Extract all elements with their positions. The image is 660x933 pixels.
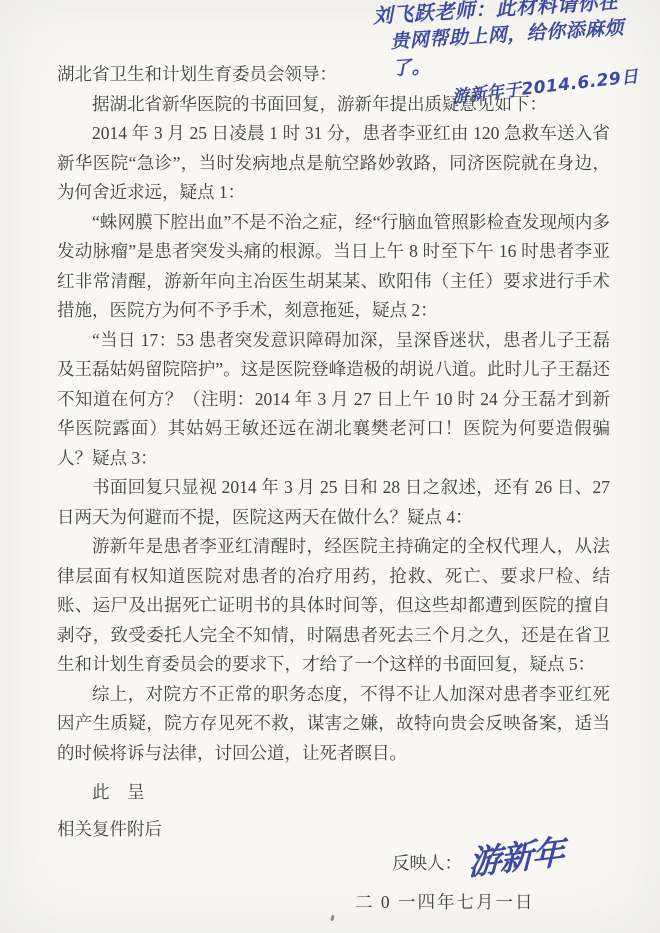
signature-label: 反映人： bbox=[392, 849, 462, 879]
body-paragraph: 综上，对院方不正常的职务态度，不得不让人加深对患者李亚红死因产生质疑，院方存见死… bbox=[57, 680, 610, 769]
body-paragraph: “蛛网膜下腔出血”不是不治之症，经“行脑血管照影检查发现颅内多发动脉瘤”是患者突… bbox=[57, 208, 610, 326]
letter-date: 二 0 一四年七月一日 bbox=[355, 888, 610, 918]
salutation: 湖北省卫生和计划生育委员会领导： bbox=[57, 60, 610, 90]
scanned-letter-page: 刘飞跃老师：此材料请你在 贵网帮助上网，给你添麻烦了。 游新年于2014.6.2… bbox=[0, 0, 660, 933]
body-paragraph: 2014 年 3 月 25 日凌晨 1 时 31 分，患者李亚红由 120 急救… bbox=[57, 119, 610, 208]
signature-row: 反映人： 游新年 bbox=[392, 840, 610, 888]
signature-handwriting: 游新年 bbox=[468, 837, 564, 878]
body-paragraph: 游新年是患者李亚红清醒时，经医院主持确定的全权代理人，从法律层面有权知道医院对患… bbox=[57, 532, 610, 680]
body-paragraph: 书面回复只显视 2014 年 3 月 25 日和 28 日之叙述，还有 26 日… bbox=[57, 473, 610, 532]
scan-speck bbox=[330, 915, 335, 922]
closing-phrase: 此 呈 bbox=[92, 778, 610, 808]
body-paragraph: 据湖北省新华医院的书面回复，游新年提出质疑意见如下： bbox=[57, 90, 610, 120]
letter-body: 湖北省卫生和计划生育委员会领导： 据湖北省新华医院的书面回复，游新年提出质疑意见… bbox=[57, 60, 610, 918]
body-paragraph: “当日 17：53 患者突发意识障碍加深，呈深昏迷状，患者儿子王磊及王磊姑妈留院… bbox=[57, 326, 610, 474]
